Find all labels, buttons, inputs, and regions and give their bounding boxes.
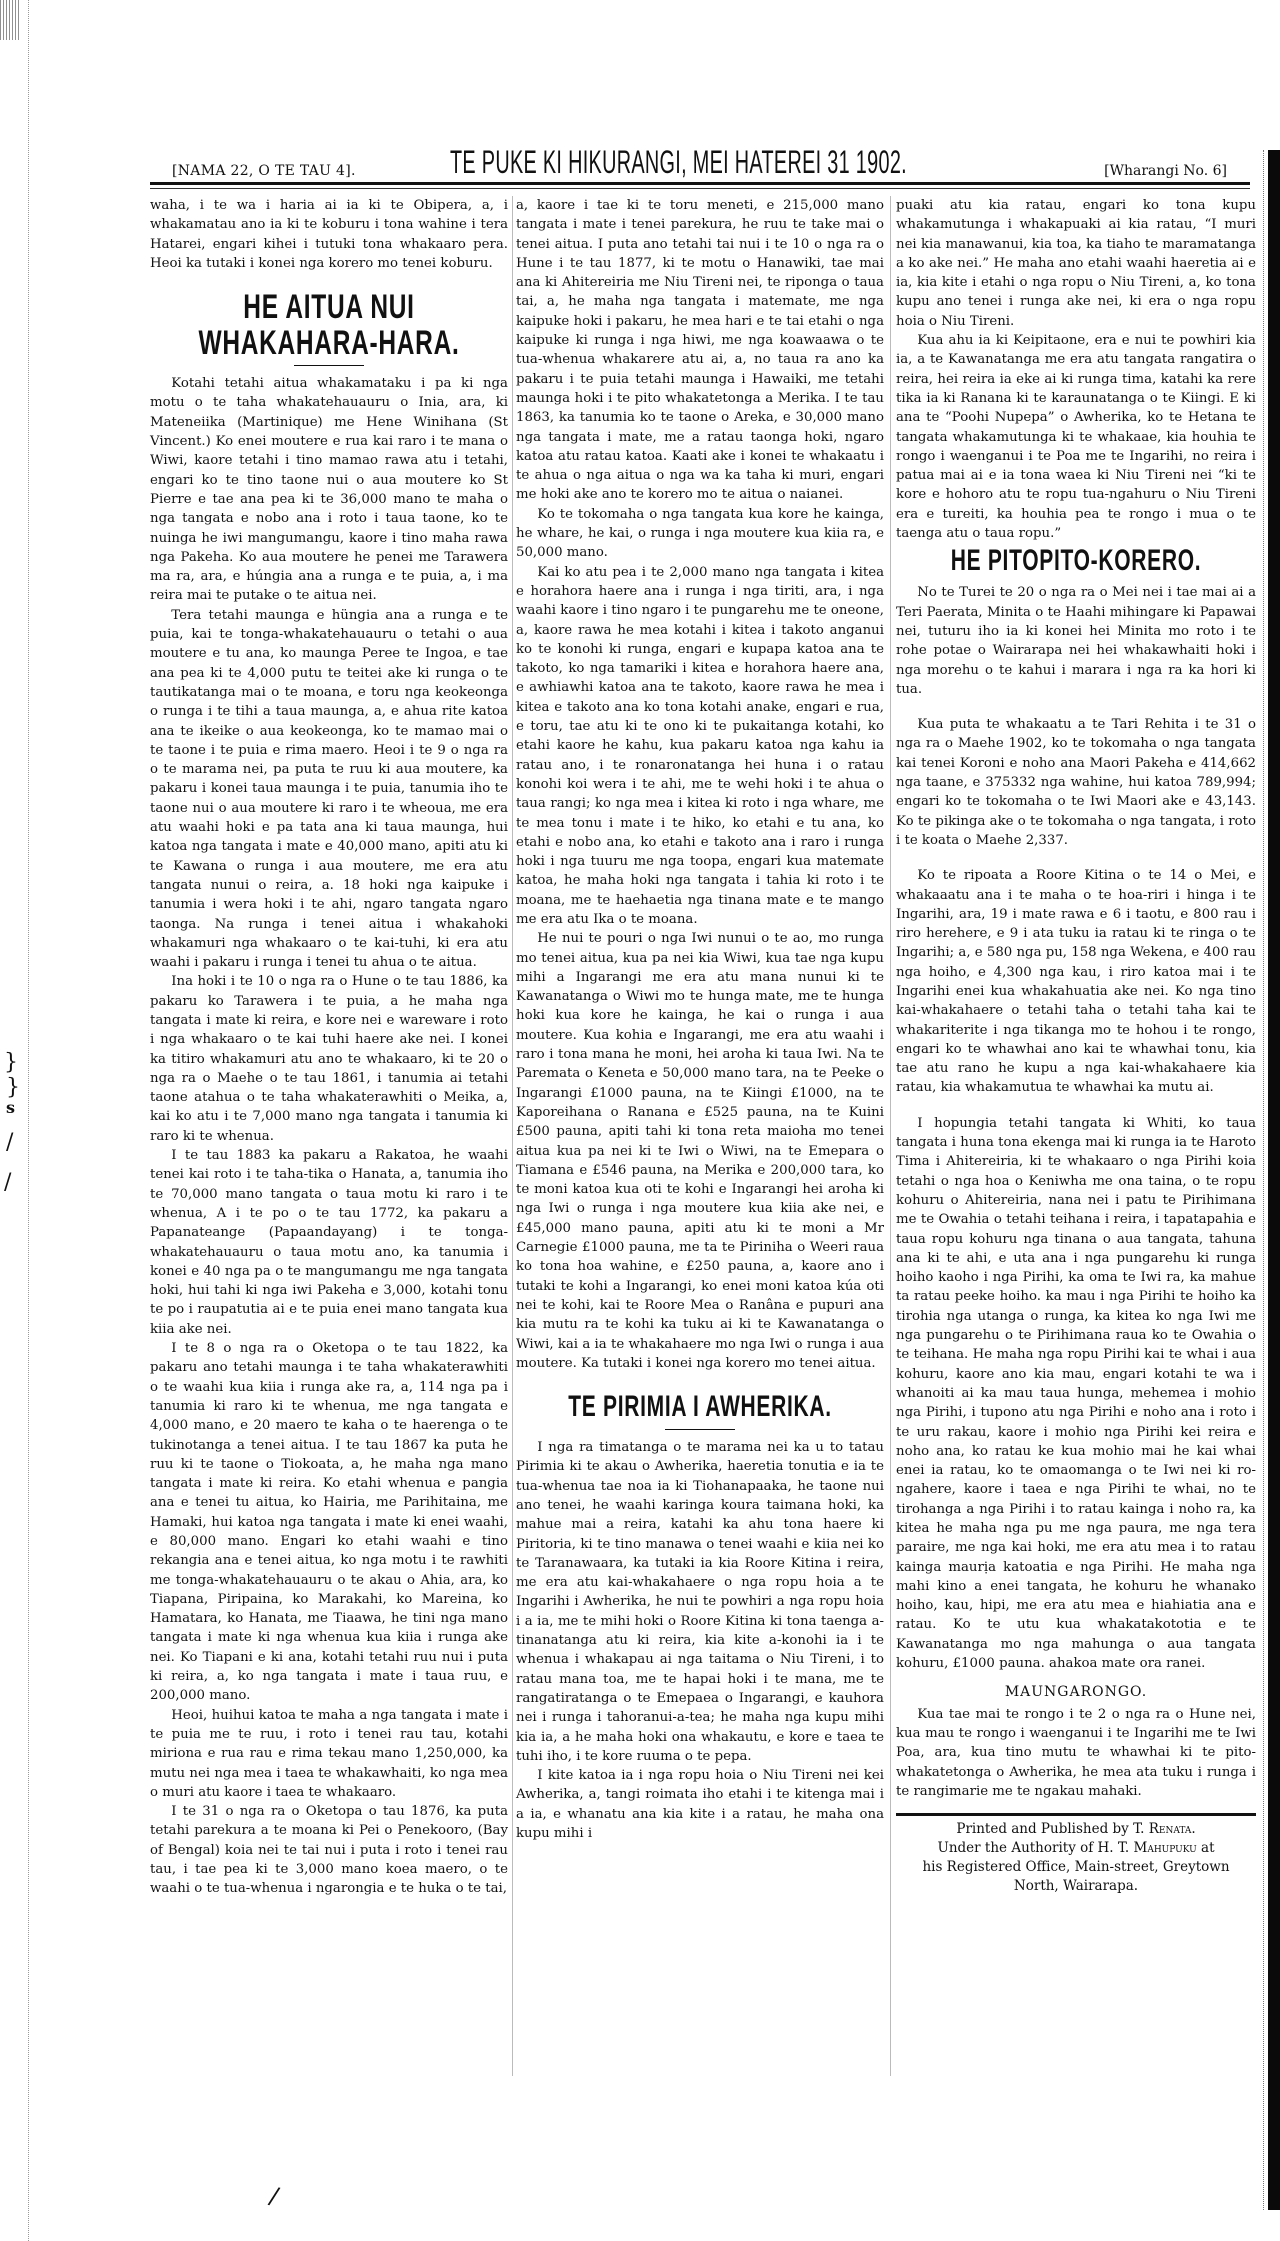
column-3: puaki atu kia ratau, engari ko tona kupu… bbox=[896, 196, 1256, 1896]
article-continuation: waha, i te wa i haria ai ia ki te Obiper… bbox=[150, 196, 508, 273]
scan-right-edge bbox=[1268, 150, 1280, 2210]
margin-mark: } bbox=[4, 1050, 18, 1075]
printer-name: Renata. bbox=[1149, 1821, 1196, 1837]
imprint-line-2: Under the Authority of H. T. Mahupuku at bbox=[896, 1839, 1256, 1858]
masthead-rule-thin bbox=[150, 188, 1250, 189]
imprint: Printed and Published by T. Renata. Unde… bbox=[896, 1820, 1256, 1896]
headline-pirimia: TE PIRIMIA I AWHERIKA. bbox=[529, 1391, 871, 1423]
paragraph: No te Turei te 20 o nga ra o Mei nei i t… bbox=[896, 583, 1256, 699]
page-number: [Wharangi No. 6] bbox=[1104, 163, 1227, 179]
imprint-line-3: his Registered Office, Main-street, Grey… bbox=[896, 1858, 1256, 1877]
margin-mark: s bbox=[6, 1098, 15, 1117]
paragraph: Ko te tokomaha o nga tangata kua kore he… bbox=[516, 505, 884, 563]
paragraph: a, kaore i tae ki te toru meneti, e 215,… bbox=[516, 196, 884, 505]
paragraph: Kai ko atu pea i te 2,000 mano nga tanga… bbox=[516, 563, 884, 930]
margin-mark: / bbox=[4, 1170, 11, 1195]
paragraph: I te tau 1883 ka pakaru a Rakatoa, he wa… bbox=[150, 1146, 508, 1339]
authority-name: Mahupuku bbox=[1134, 1840, 1197, 1856]
paragraph: Kotahi tetahi aitua whakamataku i pa ki … bbox=[150, 374, 508, 606]
paragraph: Tera tetahi maunga e hüngia ana a runga … bbox=[150, 606, 508, 973]
paragraph: Kua ahu ia ki Keipitaone, era e nui te p… bbox=[896, 331, 1256, 543]
column-divider bbox=[512, 196, 513, 2076]
margin-mark: } bbox=[6, 1075, 20, 1100]
headline-rule bbox=[665, 1429, 735, 1430]
paragraph: I te 8 o nga ra o Oketopa o te tau 1822,… bbox=[150, 1339, 508, 1706]
scan-right-edge-dotted bbox=[1263, 150, 1266, 2210]
paragraph: Kua tae mai te rongo i te 2 o nga ra o H… bbox=[896, 1705, 1256, 1801]
imprint-rule bbox=[896, 1813, 1256, 1816]
subhead-maungarongo: MAUNGARONGO. bbox=[896, 1683, 1256, 1702]
newspaper-title: TE PUKE KI HIKURANGI, MEI HATEREI 31 190… bbox=[450, 144, 907, 181]
headline-pitopito: HE PITOPITO-KORERO. bbox=[908, 545, 1244, 577]
scan-left-margin: } } s / / bbox=[0, 0, 29, 2241]
paragraph: puaki atu kia ratau, engari ko tona kupu… bbox=[896, 196, 1256, 331]
headline-aitua: HE AITUA NUI WHAKAHARA-HARA. bbox=[157, 289, 501, 361]
paragraph: I hopungia tetahi tangata ki Whiti, ko t… bbox=[896, 1114, 1256, 1674]
masthead-rule bbox=[150, 182, 1250, 185]
margin-mark: / bbox=[6, 1130, 13, 1155]
paragraph: I kite katoa ia i nga ropu hoia o Niu Ti… bbox=[516, 1766, 884, 1843]
headline-rule bbox=[294, 365, 364, 366]
margin-mark: / bbox=[267, 2181, 282, 2210]
paragraph: Ko te ripoata a Roore Kitina o te 14 o M… bbox=[896, 866, 1256, 1098]
scan-noise bbox=[0, 0, 20, 40]
paragraph: I nga ra timatanga o te marama nei ka u … bbox=[516, 1438, 884, 1766]
imprint-line-1: Printed and Published by T. Renata. bbox=[896, 1820, 1256, 1839]
column-1: waha, i te wa i haria ai ia ki te Obiper… bbox=[150, 196, 508, 1899]
column-2: a, kaore i tae ki te toru meneti, e 215,… bbox=[516, 196, 884, 1843]
issue-number: [NAMA 22, O TE TAU 4]. bbox=[172, 163, 356, 179]
paragraph: I te 31 o nga ra o Oketopa o tau 1876, k… bbox=[150, 1802, 508, 1898]
masthead: [NAMA 22, O TE TAU 4]. TE PUKE KI HIKURA… bbox=[172, 147, 1227, 181]
paragraph: He nui te pouri o nga Iwi nunui o te ao,… bbox=[516, 929, 884, 1373]
column-divider bbox=[890, 196, 891, 2076]
paragraph: Ina hoki i te 10 o nga ra o Hune o te ta… bbox=[150, 972, 508, 1146]
paragraph: Heoi, huihui katoa te maha a nga tangata… bbox=[150, 1706, 508, 1802]
imprint-line-4: North, Wairarapa. bbox=[896, 1877, 1256, 1896]
paragraph: Kua puta te whakaatu a te Tari Rehita i … bbox=[896, 715, 1256, 850]
